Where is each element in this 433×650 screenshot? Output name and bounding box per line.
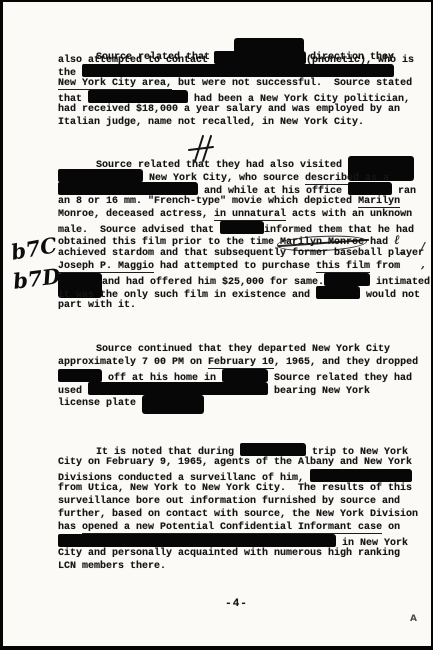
text-line: Divisions conducted a surveillanc of him… — [58, 469, 431, 482]
text-line: New York City, who source described as a — [58, 169, 431, 182]
text-segment: license plate — [58, 398, 142, 409]
text-line: approximately 7 00 PM on February 10, 19… — [58, 356, 431, 369]
text-segment: in unnatural — [214, 209, 286, 221]
redaction-bar — [310, 469, 412, 482]
text-line: It is noted that during trip to New York — [58, 443, 431, 456]
redaction-bar — [240, 443, 306, 456]
handwritten-mark: , — [421, 258, 425, 271]
redaction-bar — [142, 395, 204, 414]
document-body: Source related that at direction theyals… — [3, 2, 431, 573]
text-line: Italian judge, name not recalled, in New… — [58, 116, 431, 129]
redaction-bar — [88, 90, 188, 103]
text-segment: part with it. — [58, 300, 136, 311]
text-segment: achieved stardom and that subsequently f… — [58, 248, 424, 259]
text-segment: , 1965, and they dropped — [274, 357, 418, 368]
paragraph: Source related that they had also visite… — [58, 156, 431, 312]
redaction-bar — [88, 382, 268, 395]
text-segment: Joseph P. Maggio — [58, 261, 154, 273]
text-line: in New York — [58, 534, 431, 547]
redaction-bar — [58, 182, 198, 195]
redaction-bar — [58, 369, 102, 382]
text-line: City on February 9, 1965, agents of the … — [58, 456, 431, 469]
text-segment: approximately 7 00 PM on — [58, 357, 208, 368]
text-line: further, based on contact with source, t… — [58, 508, 431, 521]
text-segment: from Utica, New York to New York City. T… — [58, 483, 412, 494]
text-segment: has — [58, 522, 82, 533]
text-segment: February 10 — [208, 357, 274, 369]
corner-mark: A — [410, 614, 417, 624]
text-segment: but were not successful. Source stated — [172, 78, 412, 89]
text-line: surveillance bore out information furnis… — [58, 495, 431, 508]
paragraph: Source related that at direction theyals… — [58, 38, 431, 129]
text-segment: further, based on contact with source, t… — [58, 509, 418, 520]
text-segment: this film — [316, 261, 370, 273]
text-segment: acts with an unknown — [286, 209, 412, 220]
text-segment: surveillance bore out information furnis… — [58, 496, 400, 507]
text-line: Joseph P. Maggio had attempted to purcha… — [58, 260, 431, 273]
text-segment: New York City area, — [58, 78, 172, 90]
text-segment: LCN members there. — [58, 561, 166, 572]
text-line: an 8 or 16 mm. "French-type" movie which… — [58, 195, 431, 208]
redaction-bar — [222, 369, 268, 382]
text-segment: from — [370, 261, 400, 272]
handwritten-check-icon: ✓ — [386, 50, 395, 63]
text-segment: an 8 or 16 mm. "French-type" movie which… — [58, 196, 358, 207]
text-line: Monroe, deceased actress, in unnatural a… — [58, 208, 431, 221]
text-segment: City and personally acquainted with nume… — [58, 548, 400, 559]
page-number: -4- — [58, 598, 415, 610]
paragraph: Source continued that they departed New … — [58, 343, 431, 408]
text-segment: Monroe, deceased actress, — [58, 209, 214, 220]
text-line: and had offered him $25,000 for same. in… — [58, 273, 431, 286]
text-segment: Source continued that they departed New … — [96, 344, 390, 355]
document-page: Source related that at direction theyals… — [0, 0, 433, 650]
redaction-bar — [82, 64, 394, 77]
text-segment: on — [382, 522, 400, 533]
text-line: obtained this film prior to the time Mar… — [58, 234, 431, 247]
handwritten-mark: ∕ — [421, 240, 425, 253]
text-segment: had attempted to purchase — [154, 261, 316, 272]
text-line: also attempted to contact (phonetic), wh… — [58, 51, 431, 64]
redaction-bar — [214, 51, 306, 64]
text-segment: Marilyn — [358, 196, 400, 208]
redaction-bar — [220, 221, 264, 234]
text-segment: opened a new Potential Confidential Info… — [82, 522, 382, 534]
handwritten-slash-mark — [183, 133, 217, 169]
text-line: LCN members there. — [58, 560, 431, 573]
text-segment: had received $18,000 a year salary and w… — [58, 104, 400, 115]
text-line: Source related that at direction they — [58, 38, 431, 51]
redaction-bar — [324, 273, 370, 286]
text-line: New York City area, but were not success… — [58, 77, 431, 90]
text-line: from Utica, New York to New York City. T… — [58, 482, 431, 495]
text-line: male. Source advised that informed them … — [58, 221, 431, 234]
redaction-bar — [316, 286, 360, 299]
paragraph: It is noted that during trip to New York… — [58, 443, 431, 573]
text-segment: bearing New York — [268, 386, 370, 397]
text-line: Source continued that they departed New … — [58, 343, 431, 356]
redaction-bar — [58, 169, 143, 182]
redaction-bar — [348, 182, 392, 195]
text-line: license plate — [58, 395, 431, 408]
text-line: it was the only such film in existence a… — [58, 286, 431, 299]
text-segment: would not — [360, 290, 420, 301]
text-line: Source related that they had also visite… — [58, 156, 431, 169]
text-segment: City on February 9, 1965, agents of the … — [58, 457, 412, 468]
redaction-bar — [58, 534, 336, 547]
text-line: achieved stardom and that subsequently f… — [58, 247, 431, 260]
handwritten-mark: – — [399, 246, 405, 259]
text-line: had received $18,000 a year salary and w… — [58, 103, 431, 116]
text-segment: Italian judge, name not recalled, in New… — [58, 117, 364, 128]
scribbled-text: Marilyn Monroe — [280, 237, 364, 248]
text-line: the — [58, 64, 431, 77]
text-line: that had been a New York City politician… — [58, 90, 431, 103]
text-line: City and personally acquainted with nume… — [58, 547, 431, 560]
text-line: has opened a new Potential Confidential … — [58, 521, 431, 534]
text-line: and while at his office ran — [58, 182, 431, 195]
text-line: off at his home in Source related they h… — [58, 369, 431, 382]
